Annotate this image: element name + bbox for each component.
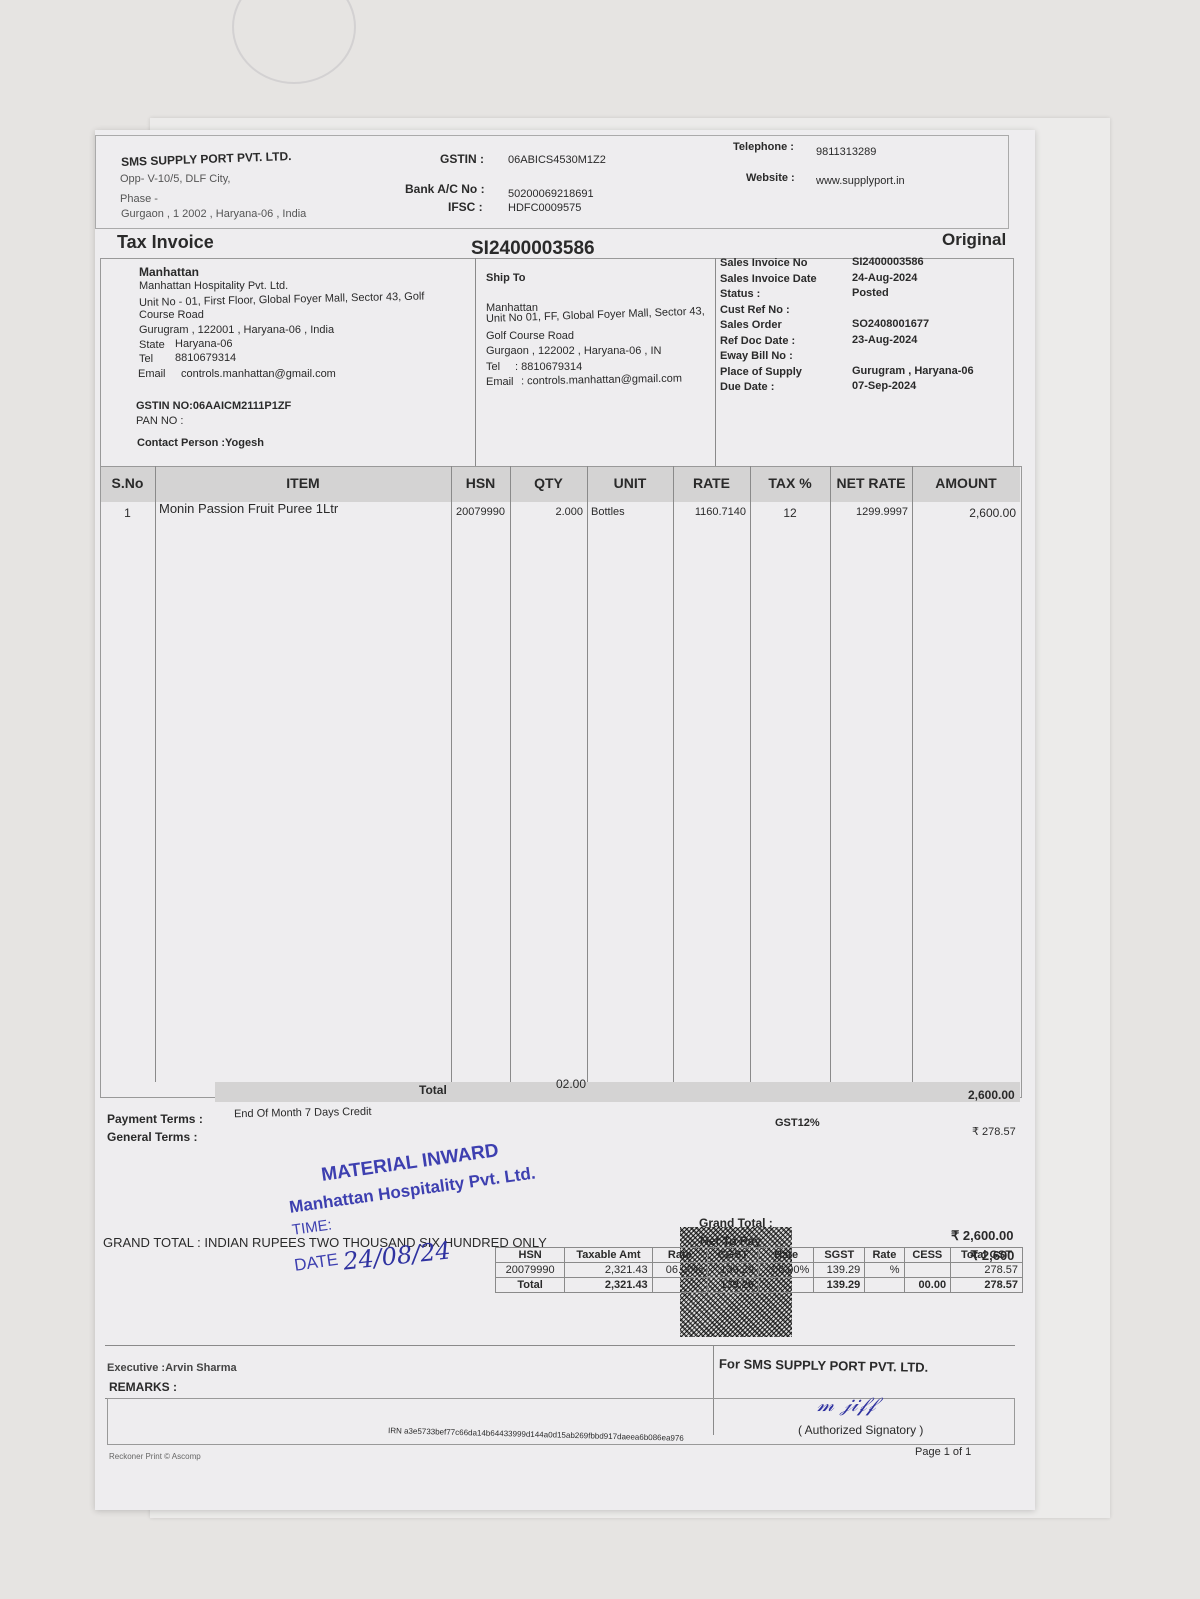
- bank-label: Bank A/C No :: [405, 182, 485, 196]
- gst-table-cell: 139.29: [814, 1278, 865, 1293]
- invoice-number: SI2400003586: [471, 238, 595, 260]
- gstin-label: GSTIN :: [440, 152, 484, 166]
- bill-to-company: Manhattan Hospitality Pvt. Ltd.: [139, 280, 288, 292]
- meta-label: Ref Doc Date :: [720, 335, 795, 347]
- gst-table-cell: Total: [496, 1278, 565, 1293]
- payment-terms-value: End Of Month 7 Days Credit: [234, 1106, 372, 1120]
- items-column-header: HSN: [451, 475, 510, 491]
- gst-table-cell: 278.57: [951, 1263, 1023, 1278]
- telephone: 9811313289: [816, 146, 876, 158]
- gst-table-cell: Taxable Amt: [565, 1248, 652, 1263]
- meta-label: Due Date :: [720, 381, 774, 393]
- gst-table-cell: SGST: [814, 1248, 865, 1263]
- gst-table-cell: 2,321.43: [565, 1278, 652, 1293]
- gst-table-cell: 139.29: [708, 1263, 759, 1278]
- gst-table-cell: Rate: [652, 1248, 707, 1263]
- software-credit: Reckoner Print © Ascomp: [109, 1452, 201, 1461]
- items-total-label: Total: [419, 1083, 447, 1097]
- bill-to-state-label: State: [139, 339, 165, 351]
- meta-value: Gurugram , Haryana-06: [852, 365, 974, 377]
- bill-to-gstin: GSTIN NO:06AAICM2111P1ZF: [136, 400, 291, 412]
- meta-value: Posted: [852, 287, 889, 299]
- bill-to-email-label: Email: [138, 368, 166, 380]
- executive: Executive :Arvin Sharma: [107, 1362, 237, 1374]
- items-column-header: S.No: [100, 475, 155, 491]
- bill-to-address-3: Gurugram , 122001 , Haryana-06 , India: [139, 324, 334, 336]
- items-total-qty: 02.00: [556, 1077, 586, 1091]
- gst-table-cell: 139.29: [708, 1278, 759, 1293]
- general-terms-label: General Terms :: [107, 1130, 197, 1144]
- gst-summary-table: HSNTaxable AmtRateCGSTRateSGSTRateCESSTo…: [495, 1247, 1023, 1293]
- items-column-header: RATE: [673, 475, 750, 491]
- gst-table-cell: Rate: [758, 1248, 813, 1263]
- meta-value: SI2400003586: [852, 256, 924, 268]
- gst-table-cell: CESS: [904, 1248, 951, 1263]
- grand-total-label: Grand Total :: [699, 1216, 773, 1230]
- meta-label: Sales Invoice Date: [720, 273, 817, 285]
- telephone-label: Telephone :: [733, 141, 794, 153]
- items-total-band: [215, 1082, 1020, 1102]
- bill-to-tel-label: Tel: [139, 353, 153, 365]
- gst-table-cell: [865, 1278, 904, 1293]
- gst-table-cell: 139.29: [814, 1263, 865, 1278]
- invoice-page: SMS SUPPLY PORT PVT. LTD. Opp- V-10/5, D…: [95, 130, 1035, 1510]
- bill-to-tel: 8810679314: [175, 352, 236, 364]
- items-column-header: AMOUNT: [912, 475, 1020, 491]
- table-cell: 20079990: [455, 506, 506, 518]
- amount-in-words: GRAND TOTAL : INDIAN RUPEES TWO THOUSAND…: [103, 1235, 547, 1250]
- document-title: Tax Invoice: [117, 232, 214, 253]
- table-cell: Bottles: [591, 506, 669, 518]
- table-cell: 2.000: [514, 506, 583, 518]
- table-cell: 1299.9997: [834, 506, 908, 518]
- website-label: Website :: [746, 172, 795, 184]
- bill-to-short-name: Manhattan: [139, 265, 199, 279]
- seller-gstin: 06ABICS4530M1Z2: [508, 154, 606, 166]
- meta-label: Eway Bill No :: [720, 350, 793, 362]
- bank-account: 50200069218691: [508, 188, 594, 200]
- payment-terms-label: Payment Terms :: [107, 1112, 203, 1126]
- meta-label: Cust Ref No :: [720, 304, 790, 316]
- gst-table-cell: 20079990: [496, 1263, 565, 1278]
- ship-to-tel-label: Tel: [486, 361, 500, 373]
- table-cell: Monin Passion Fruit Puree 1Ltr: [159, 501, 447, 516]
- gst-table-cell: [652, 1278, 707, 1293]
- authorized-signatory: ( Authorized Signatory ): [798, 1423, 923, 1437]
- ship-to-address-3: Gurgaon , 122002 , Haryana-06 , IN: [486, 345, 662, 357]
- seller-address-2: Phase -: [120, 193, 158, 205]
- bill-to-email: controls.manhattan@gmail.com: [181, 368, 336, 380]
- meta-label: Status :: [720, 288, 760, 300]
- items-column-header: TAX %: [750, 475, 830, 491]
- ship-to-email-label: Email: [486, 376, 514, 388]
- items-column-header: ITEM: [155, 475, 451, 491]
- gst-table-cell: 06.00%: [758, 1263, 813, 1278]
- gst-table-cell: 00.00: [904, 1278, 951, 1293]
- bill-to-state: Haryana-06: [175, 338, 232, 350]
- gst-table-cell: Rate: [865, 1248, 904, 1263]
- bill-to-address-2: Course Road: [139, 309, 204, 321]
- meta-label: Sales Invoice No: [720, 257, 807, 269]
- gst-table-cell: 2,321.43: [565, 1263, 652, 1278]
- gst-table-cell: 278.57: [951, 1278, 1023, 1293]
- meta-label: Sales Order: [720, 319, 782, 331]
- table-cell: 1160.7140: [677, 506, 746, 518]
- bill-to-pan: PAN NO :: [136, 415, 183, 427]
- net-to-pay-label: Net To Pay: [700, 1234, 761, 1248]
- grand-total-value: ₹ 2,600.00: [951, 1228, 1014, 1244]
- website: www.supplyport.in: [816, 175, 905, 187]
- ship-to-tel: : 8810679314: [515, 361, 582, 373]
- table-cell: 2,600.00: [916, 506, 1016, 520]
- ship-to-address-2: Golf Course Road: [486, 330, 574, 342]
- table-cell: 1: [104, 506, 151, 520]
- gst-table-cell: 06.00%: [652, 1263, 707, 1278]
- faded-stamp-mark: [232, 0, 356, 84]
- bill-to-contact: Contact Person :Yogesh: [137, 437, 264, 449]
- gst-table-cell: %: [865, 1263, 904, 1278]
- gst-amount: ₹ 278.57: [972, 1125, 1016, 1138]
- items-table: [100, 466, 1022, 1098]
- meta-value: 23-Aug-2024: [852, 334, 917, 346]
- gst-table-cell: [758, 1278, 813, 1293]
- seller-address-3: Gurgaon , 1 2002 , Haryana-06 , India: [121, 208, 306, 220]
- gst-table-cell: CGST: [708, 1248, 759, 1263]
- for-company: For SMS SUPPLY PORT PVT. LTD.: [719, 1356, 928, 1375]
- items-column-header: NET RATE: [830, 475, 912, 491]
- authorized-signature-scribble: 𝓂 𝒿𝒾𝒻𝒻: [817, 1392, 876, 1416]
- meta-value: 24-Aug-2024: [852, 272, 917, 284]
- gst-table-cell: [904, 1263, 951, 1278]
- ship-to-heading: Ship To: [486, 272, 526, 284]
- gst-table-cell: Total GST: [951, 1248, 1023, 1263]
- copy-label: Original: [942, 230, 1006, 250]
- meta-value: SO2408001677: [852, 318, 929, 330]
- meta-label: Place of Supply: [720, 366, 802, 378]
- remarks-label: REMARKS :: [109, 1380, 177, 1394]
- page-number: Page 1 of 1: [915, 1446, 971, 1458]
- ifsc-code: HDFC0009575: [508, 202, 581, 214]
- gst-rate-label: GST12%: [775, 1117, 820, 1129]
- items-column-header: UNIT: [587, 475, 673, 491]
- meta-value: 07-Sep-2024: [852, 380, 916, 392]
- table-cell: 12: [754, 506, 826, 520]
- items-column-header: QTY: [510, 475, 587, 491]
- seller-address-1: Opp- V-10/5, DLF City,: [120, 173, 230, 185]
- stamp-date-label: DATE: [293, 1250, 339, 1276]
- gst-table-cell: HSN: [496, 1248, 565, 1263]
- items-total-amount: 2,600.00: [968, 1088, 1015, 1102]
- ifsc-label: IFSC :: [448, 200, 483, 214]
